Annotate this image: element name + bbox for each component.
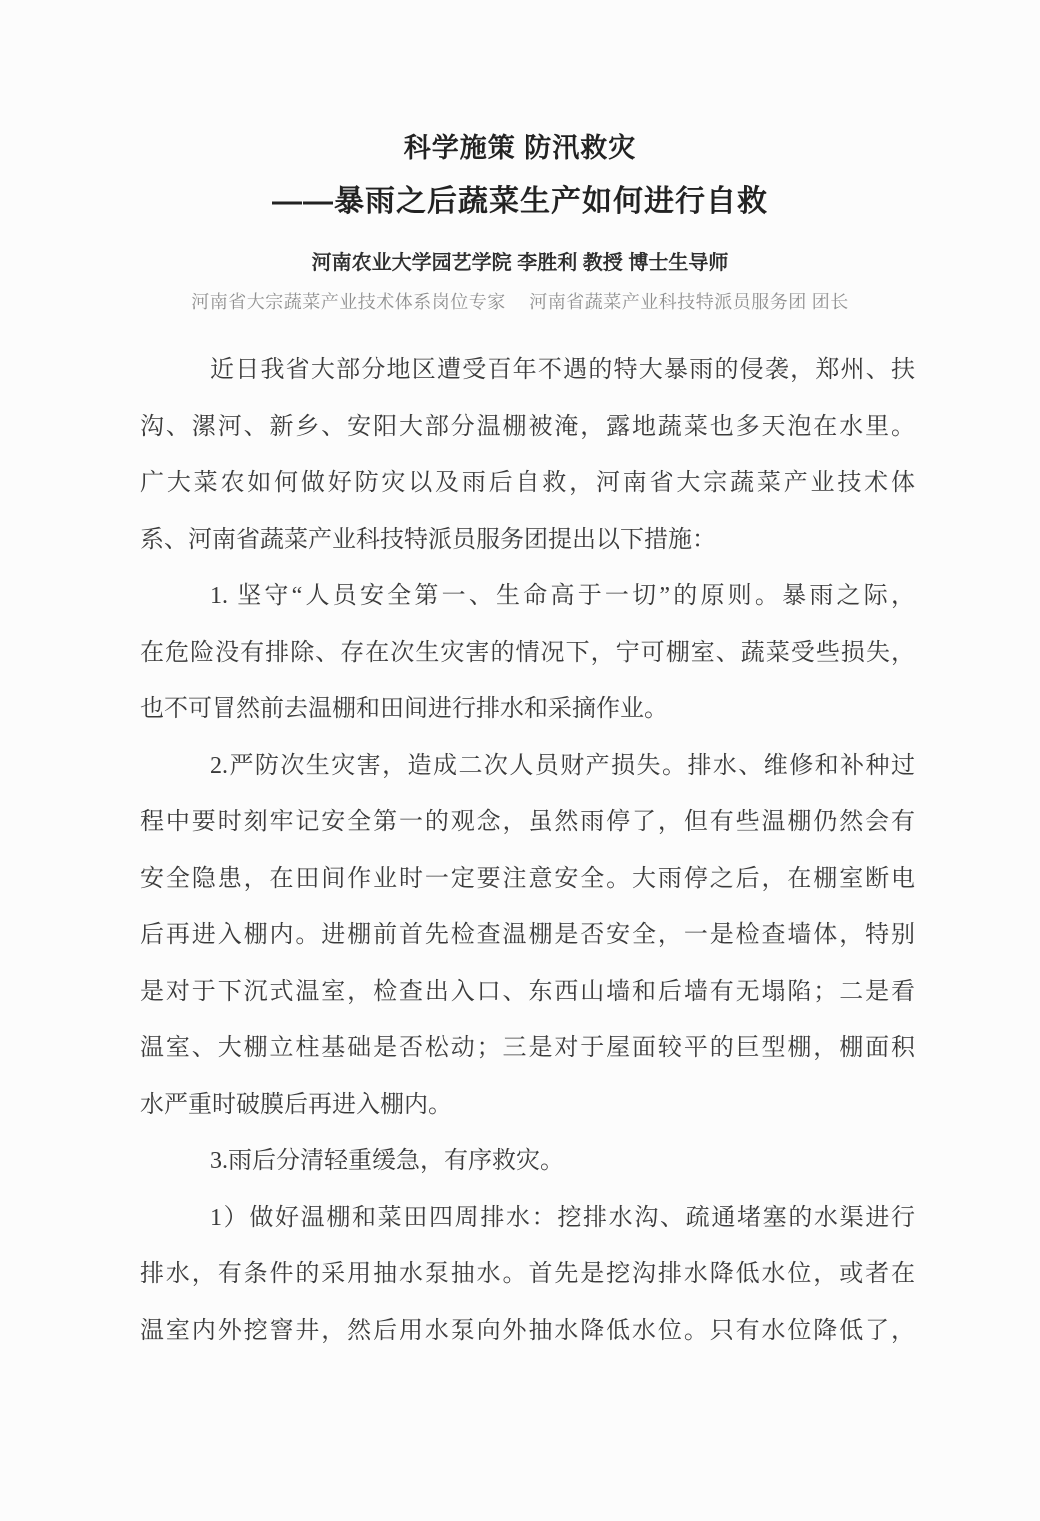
text-line: 3.雨后分清轻重缓急，有序救灾。 <box>140 1133 915 1190</box>
author-line-2: 河南省大宗蔬菜产业技术体系岗位专家 河南省蔬菜产业科技特派员服务团 团长 <box>0 288 1040 316</box>
text-line: 排水，有条件的采用抽水泵抽水。首先是挖沟排水降低水位，或者在 <box>140 1246 915 1303</box>
text-line: 是对于下沉式温室，检查出入口、东西山墙和后墙有无塌陷；二是看 <box>140 964 915 1021</box>
text-line: 后再进入棚内。进棚前首先检查温棚是否安全，一是检查墙体，特别 <box>140 907 915 964</box>
text-line: 1. 坚守“人员安全第一、生命高于一切”的原则。暴雨之际， <box>140 568 915 625</box>
paragraph: 3.雨后分清轻重缓急，有序救灾。 <box>140 1133 915 1190</box>
text-line: 广大菜农如何做好防灾以及雨后自救，河南省大宗蔬菜产业技术体 <box>140 455 915 512</box>
document-body: 近日我省大部分地区遭受百年不遇的特大暴雨的侵袭，郑州、扶沟、漯河、新乡、安阳大部… <box>140 342 915 1359</box>
text-line: 温室、大棚立柱基础是否松动；三是对于屋面较平的巨型棚，棚面积 <box>140 1020 915 1077</box>
text-line: 近日我省大部分地区遭受百年不遇的特大暴雨的侵袭，郑州、扶 <box>140 342 915 399</box>
text-line: 系、河南省蔬菜产业科技特派员服务团提出以下措施： <box>140 512 915 569</box>
document-subtitle: ——暴雨之后蔬菜生产如何进行自救 <box>0 180 1040 224</box>
text-line: 水严重时破膜后再进入棚内。 <box>140 1077 915 1134</box>
text-line: 沟、漯河、新乡、安阳大部分温棚被淹，露地蔬菜也多天泡在水里。 <box>140 399 915 456</box>
paragraph: 1）做好温棚和菜田四周排水：挖排水沟、疏通堵塞的水渠进行排水，有条件的采用抽水泵… <box>140 1190 915 1360</box>
text-line: 安全隐患，在田间作业时一定要注意安全。大雨停之后，在棚室断电 <box>140 851 915 908</box>
text-line: 也不可冒然前去温棚和田间进行排水和采摘作业。 <box>140 681 915 738</box>
text-line: 2.严防次生灾害，造成二次人员财产损失。排水、维修和补种过 <box>140 738 915 795</box>
text-line: 在危险没有排除、存在次生灾害的情况下，宁可棚室、蔬菜受些损失， <box>140 625 915 682</box>
author-line-1: 河南农业大学园艺学院 李胜利 教授 博士生导师 <box>0 248 1040 278</box>
document-title: 科学施策 防汛救灾 <box>0 0 1040 168</box>
text-line: 1）做好温棚和菜田四周排水：挖排水沟、疏通堵塞的水渠进行 <box>140 1190 915 1247</box>
paragraph: 近日我省大部分地区遭受百年不遇的特大暴雨的侵袭，郑州、扶沟、漯河、新乡、安阳大部… <box>140 342 915 568</box>
paragraph: 2.严防次生灾害，造成二次人员财产损失。排水、维修和补种过程中要时刻牢记安全第一… <box>140 738 915 1134</box>
text-line: 程中要时刻牢记安全第一的观念，虽然雨停了，但有些温棚仍然会有 <box>140 794 915 851</box>
paragraph: 1. 坚守“人员安全第一、生命高于一切”的原则。暴雨之际，在危险没有排除、存在次… <box>140 568 915 738</box>
text-line: 温室内外挖窨井，然后用水泵向外抽水降低水位。只有水位降低了， <box>140 1303 915 1360</box>
document-page: 科学施策 防汛救灾 ——暴雨之后蔬菜生产如何进行自救 河南农业大学园艺学院 李胜… <box>0 0 1040 1521</box>
